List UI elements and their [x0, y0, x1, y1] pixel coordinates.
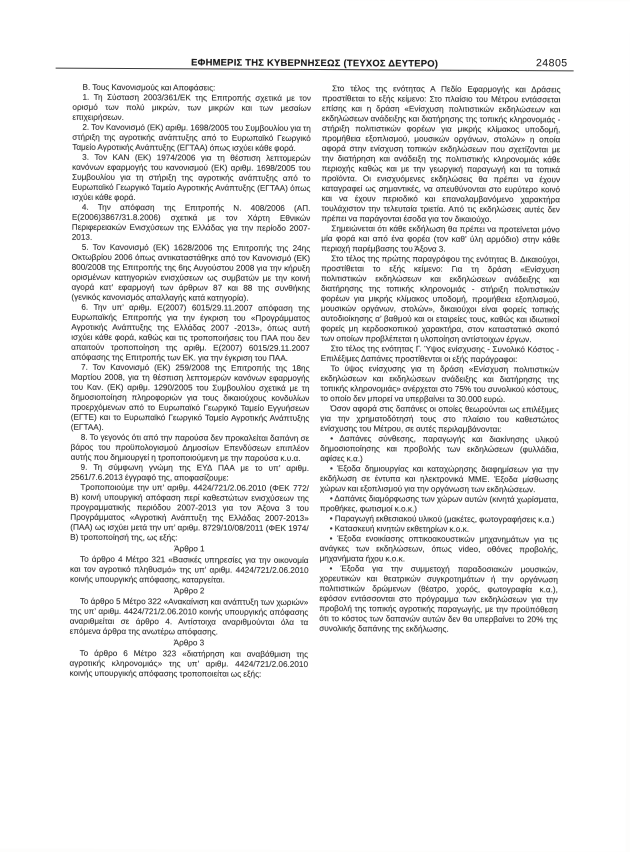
paragraph: Στο τέλος της πρώτης παραγράφου της ενότ… [321, 254, 560, 345]
paragraph: 6. Την υπ’ αριθμ. Ε(2007) 6015/29.11.200… [71, 303, 310, 364]
paragraph: Σημειώνεται ότι κάθε εκδήλωση θα πρέπει … [321, 224, 560, 255]
page-number: 24805 [536, 57, 568, 69]
paragraph: Το άρθρο 4 Μέτρο 321 «Βασικές υπηρεσίες … [70, 555, 309, 586]
bullet-item: • Έξοδα ενοικίασης οπτικοακουστικών μηχα… [320, 534, 559, 565]
right-column: Στο τέλος της ενότητας Α Πεδίο Εφαρμογής… [319, 84, 561, 681]
paragraph: 7. Τον Κανονισμό (ΕΚ) 259/2008 της Επιτρ… [71, 363, 310, 434]
paragraph: Το άρθρο 6 Μέτρο 323 «διατήρηση και αναβ… [69, 649, 308, 680]
left-column: Β. Τους Κανονισμούς και Αποφάσεις:1. Τη … [69, 83, 311, 680]
paragraph: Τροποποιούμε την υπ’ αριθμ. 4424/721/2.0… [70, 483, 309, 544]
paragraph: 4. Την απόφαση της Επιτροπής Ν. 408/2006… [72, 203, 311, 244]
bullet-item: • Δαπάνες σύνθεσης, παραγωγής και διακίν… [320, 434, 559, 465]
paragraph: Όσον αφορά στις δαπάνες οι οποίες θεωρού… [320, 404, 559, 435]
paragraph: Το ύψος ενίσχυσης για τη δράση «Ενίσχυση… [320, 364, 559, 405]
paragraph: 2. Τον Κανονισμό (ΕΚ) αριθμ. 1698/2005 τ… [72, 123, 311, 154]
paragraph: Στο τέλος της ενότητας Γ. Ύψος ενίσχυσης… [321, 344, 560, 365]
paragraph: Στο τέλος της ενότητας Α Πεδίο Εφαρμογής… [321, 84, 560, 225]
paragraph: 9. Τη σύμφωνη γνώμη της ΕΥΔ ΠΑΑ με το υπ… [70, 463, 309, 484]
paragraph: 5. Τον Κανονισμό (ΕΚ) 1628/2006 της Επιτ… [71, 243, 310, 304]
gazette-page: ΕΦΗΜΕΡΙΣ ΤΗΣ ΚΥΒΕΡΝΗΣΕΩΣ (ΤΕΥΧΟΣ ΔΕΥΤΕΡΟ… [0, 0, 630, 850]
article-heading: Άρθρο 2 [70, 586, 309, 597]
bullet-item: • Έξοδα δημιουργίας και καταχώρησης διαφ… [320, 464, 559, 495]
article-heading: Άρθρο 1 [70, 544, 309, 555]
bullet-item: • Δαπάνες διαμόρφωσης των χώρων αυτών (κ… [320, 494, 559, 515]
page-header: ΕΦΗΜΕΡΙΣ ΤΗΣ ΚΥΒΕΡΝΗΣΕΩΣ (ΤΕΥΧΟΣ ΔΕΥΤΕΡΟ… [56, 45, 574, 72]
header-title: ΕΦΗΜΕΡΙΣ ΤΗΣ ΚΥΒΕΡΝΗΣΕΩΣ (ΤΕΥΧΟΣ ΔΕΥΤΕΡΟ… [56, 56, 574, 70]
paragraph: 3. Τον ΚΑΝ (ΕΚ) 1974/2006 για τη θέσπιση… [72, 153, 311, 204]
bullet-item: • Έξοδα για την συμμετοχή παραδοσιακών μ… [319, 564, 558, 635]
two-column-text: Β. Τους Κανονισμούς και Αποφάσεις:1. Τη … [69, 83, 560, 682]
article-heading: Άρθρο 3 [70, 638, 309, 649]
paragraph: 8. Το γεγονός ότι από την παρούσα δεν πρ… [71, 433, 310, 464]
paragraph: 1. Τη Σύσταση 2003/361/ΕΚ της Επιτροπής … [72, 93, 311, 124]
paragraph: Το άρθρο 5 Μέτρο 322 «Ανακαίνιση και ανά… [70, 597, 309, 638]
